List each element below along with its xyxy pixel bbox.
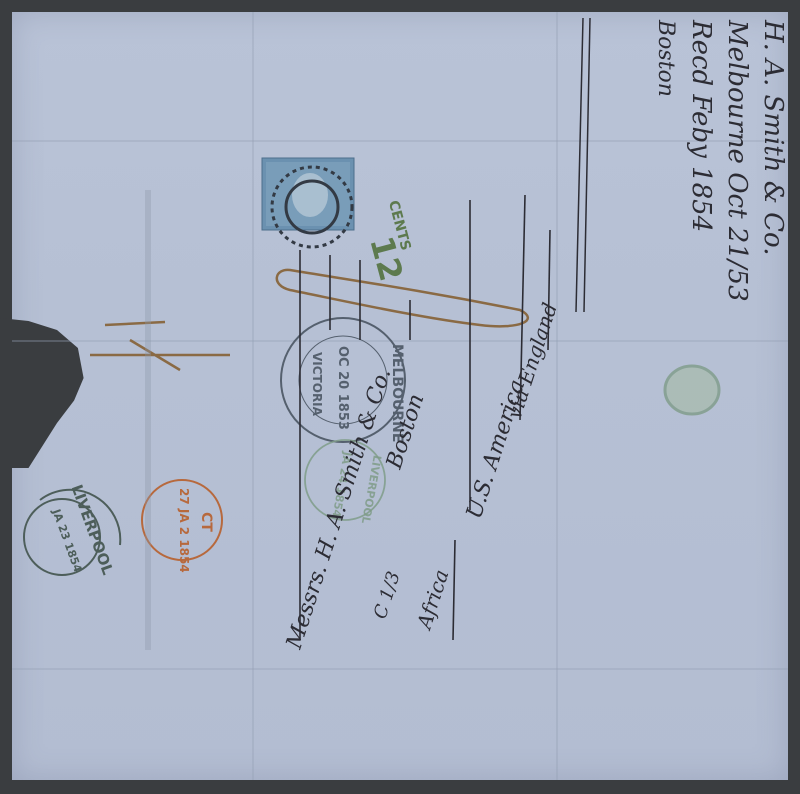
- africa-note: Africa: [411, 567, 453, 634]
- docket-line-1: H. A. Smith & Co.: [758, 19, 788, 256]
- rate-mark: 12 CENTS: [354, 199, 420, 285]
- docket-rule: [576, 18, 590, 312]
- address-line-4: via England: [502, 300, 562, 422]
- melbourne-cds-lower: VICTORIA: [310, 352, 324, 417]
- docket: H. A. Smith & Co. Melbourne Oct 21/53 Re…: [653, 19, 788, 302]
- rate-note: C 1/3: [370, 569, 405, 622]
- svg-text:27 JA 2 1854: 27 JA 2 1854: [177, 488, 191, 573]
- docket-line-3: Recd Feby 1854: [686, 19, 716, 232]
- docket-line-2: Melbourne Oct 21/53: [722, 19, 752, 302]
- svg-text:CT: CT: [198, 512, 214, 532]
- stain: [665, 366, 719, 414]
- address-line-2: Boston: [382, 391, 430, 473]
- postage-stamp: [262, 158, 354, 230]
- melbourne-cds-date: OC 20 1853: [335, 346, 350, 430]
- docket-line-4: Boston: [653, 19, 678, 97]
- brown-manuscript: [90, 270, 528, 370]
- cover-artwork: H. A. Smith & Co. Melbourne Oct 21/53 Re…: [0, 0, 800, 794]
